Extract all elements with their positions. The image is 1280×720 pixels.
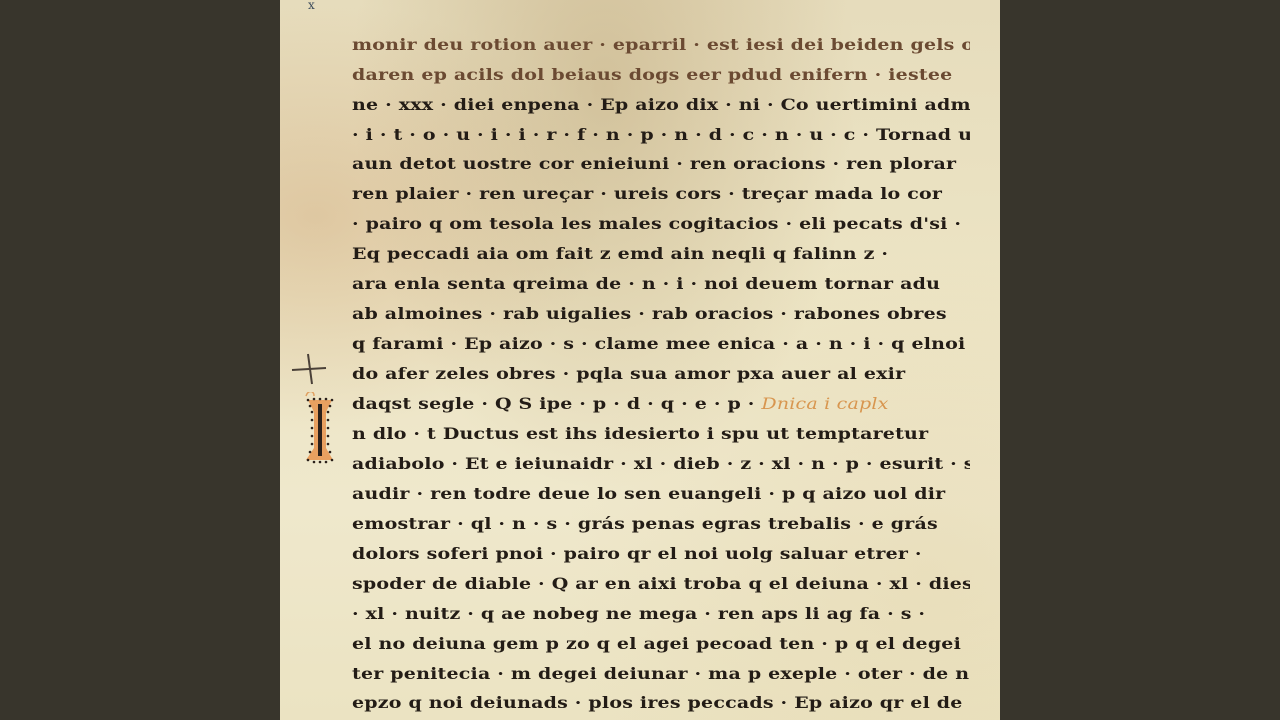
text-line: adiabolo · Et e ieiunaidr · xl · dieb · …: [352, 455, 970, 474]
text-line: ren plaier · ren ureçar · ureis cors · t…: [352, 185, 970, 204]
text-line: aun detot uostre cor enieiuni · ren orac…: [352, 155, 970, 174]
text-line: epzo q noi deiunads · plos ires peccads …: [352, 694, 970, 713]
text-line: Eq peccadi aia om fait z emd ain neqli q…: [352, 245, 970, 264]
text-line: monir deu rotion auer · eparril · est ie…: [352, 36, 970, 55]
text-line: ne · xxx · diei enpena · Ep aizo dix · n…: [352, 96, 970, 115]
text-line: audir · ren todre deue lo sen euangeli ·…: [352, 485, 970, 504]
text-line: · pairo q om tesola les males cogitacios…: [352, 215, 970, 234]
text-line: emostrar · ql · n · s · grás penas egras…: [352, 515, 970, 534]
text-line: · i · t · o · u · i · i · r · f · n · p …: [352, 126, 970, 145]
text-line: n dlo · t Ductus est ihs idesierto i spu…: [352, 425, 970, 444]
text-line: · xl · nuitz · q ae nobeg ne mega · ren …: [352, 605, 970, 624]
rubric-heading: Dnica i caplx: [761, 395, 888, 414]
text-line: daren ep acils dol beiaus dogs eer pdud …: [352, 66, 970, 85]
text-line: q farami · Ep aizo · s · clame mee enica…: [352, 335, 970, 354]
text-line: do afer zeles obres · pqla sua amor pxa …: [352, 365, 970, 384]
margin-cross-icon: [288, 352, 328, 386]
corner-mark: x: [308, 0, 322, 10]
illuminated-initial-icon: [302, 392, 336, 466]
text-line: ab almoines · rab uigalies · rab oracios…: [352, 305, 970, 324]
text-line-with-rubric: daqst segle · Q S ipe · p · d · q · e · …: [352, 395, 970, 414]
text-line: spoder de diable · Q ar en aixi troba q …: [352, 575, 970, 594]
manuscript-page: x monir deu rotion auer · eparril · est …: [280, 0, 1000, 720]
text-line: daqst segle · Q S ipe · p · d · q · e · …: [352, 395, 755, 414]
text-line: dolors soferi pnoi · pairo qr el noi uol…: [352, 545, 970, 564]
text-line: el no deiuna gem p zo q el agei pecoad t…: [352, 635, 970, 654]
text-line: ter penitecia · m degei deiunar · ma p e…: [352, 665, 970, 684]
text-line: ara enla senta qreima de · n · i · noi d…: [352, 275, 970, 294]
